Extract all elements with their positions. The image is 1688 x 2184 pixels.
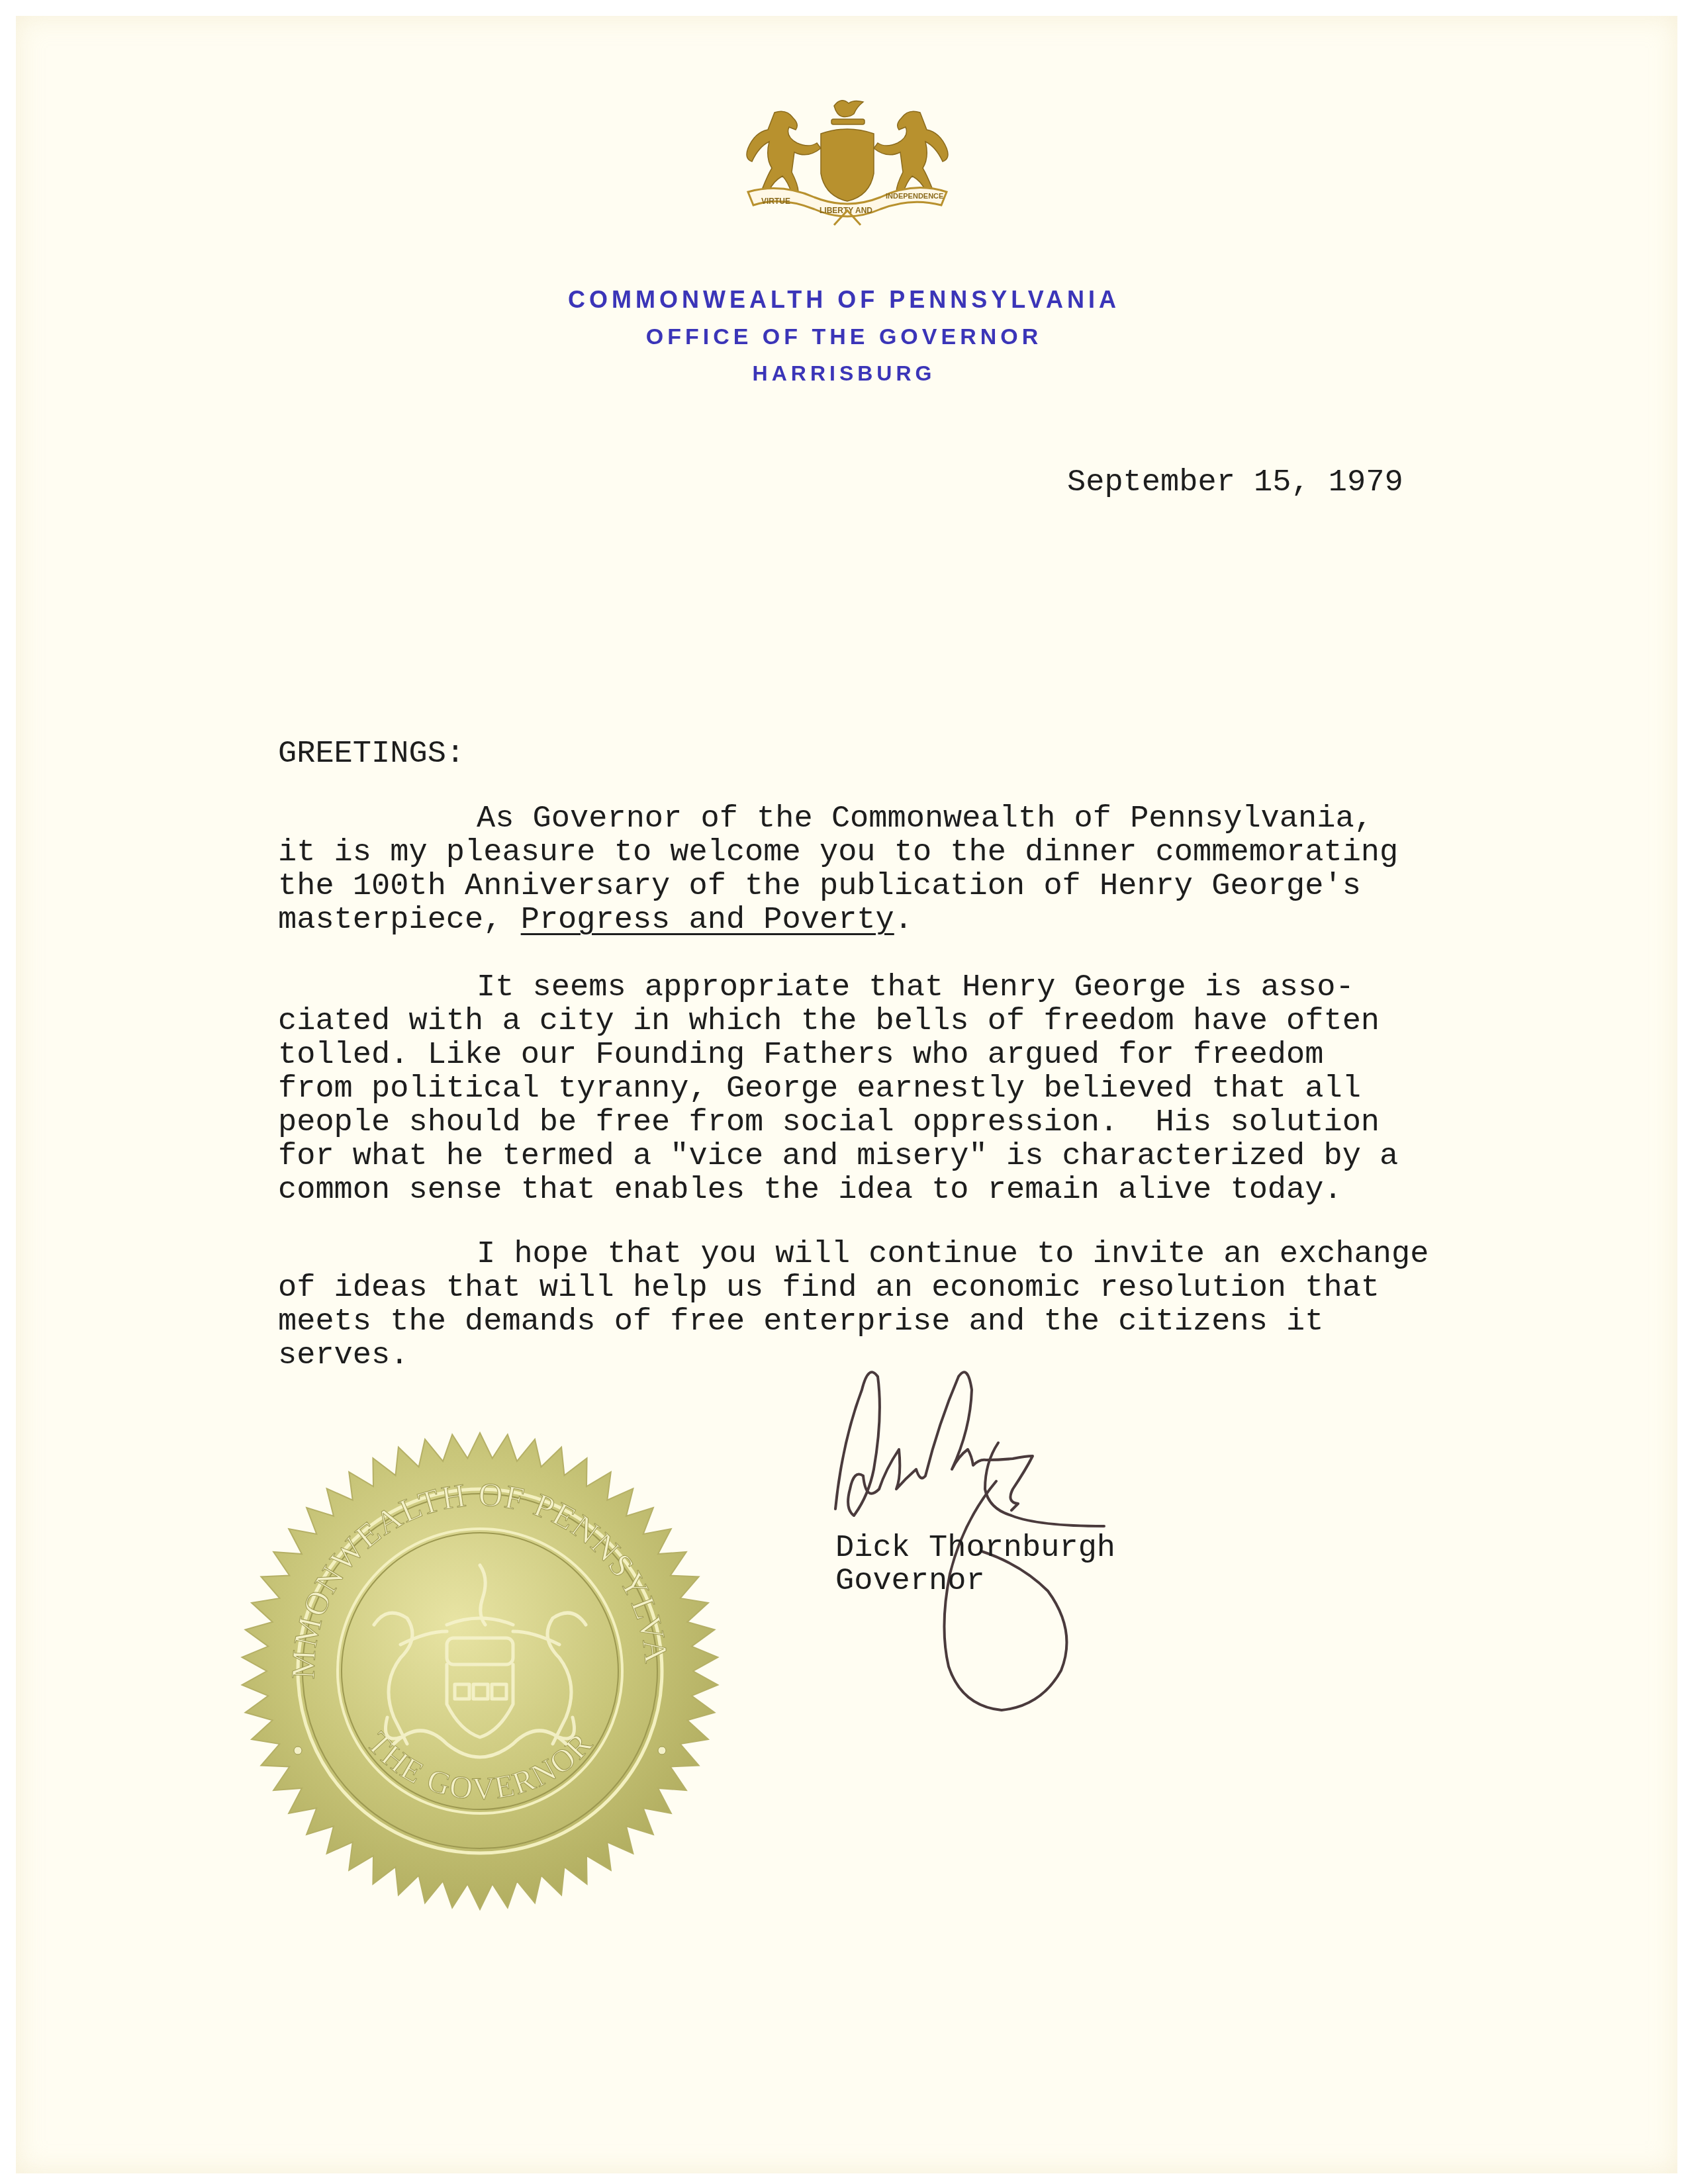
svg-text:VIRTUE: VIRTUE [761, 197, 790, 206]
governor-gold-seal-icon: COMMONWEALTH OF PENNSYLVANIA THE GOVERNO… [235, 1426, 725, 1916]
paragraph-line-text: masterpiece, [278, 903, 521, 938]
letterhead-city: HARRISBURG [0, 361, 1688, 386]
paragraph-line: I hope that you will continue to invite … [278, 1238, 1429, 1271]
paragraph-line: masterpiece, Progress and Poverty. [278, 903, 1398, 937]
paragraph-line: from political tyranny, George earnestly… [278, 1072, 1398, 1106]
paragraph-3: I hope that you will continue to invite … [278, 1238, 1429, 1373]
signer-name: Dick Thornburgh [835, 1531, 1115, 1565]
paragraph-line: tolled. Like our Founding Fathers who ar… [278, 1038, 1398, 1072]
paragraph-line: people should be free from social oppres… [278, 1106, 1398, 1140]
paragraph-line: ciated with a city in which the bells of… [278, 1005, 1398, 1038]
pennsylvania-coat-of-arms-icon: VIRTUE LIBERTY AND INDEPENDENCE [735, 93, 960, 245]
paragraph-line: of ideas that will help us find an econo… [278, 1271, 1429, 1305]
paragraph-2: It seems appropriate that Henry George i… [278, 971, 1398, 1207]
letterhead-office: OFFICE OF THE GOVERNOR [0, 324, 1688, 350]
signer-title: Governor [835, 1565, 985, 1598]
svg-text:INDEPENDENCE: INDEPENDENCE [886, 193, 943, 201]
paragraph-line: It seems appropriate that Henry George i… [278, 971, 1398, 1005]
book-title-suffix: . [894, 903, 913, 938]
paragraph-line: As Governor of the Commonwealth of Penns… [278, 802, 1398, 836]
letter-date: September 15, 1979 [1067, 466, 1403, 500]
salutation: GREETINGS: [278, 737, 465, 771]
paragraph-line: it is my pleasure to welcome you to the … [278, 836, 1398, 870]
paragraph-line: meets the demands of free enterprise and… [278, 1305, 1429, 1339]
paragraph-line: for what he termed a "vice and misery" i… [278, 1140, 1398, 1173]
paragraph-line: common sense that enables the idea to re… [278, 1173, 1398, 1207]
paragraph-line: the 100th Anniversary of the publication… [278, 870, 1398, 903]
book-title: Progress and Poverty [521, 903, 894, 938]
letterhead-commonwealth: COMMONWEALTH OF PENNSYLVANIA [0, 286, 1688, 314]
paragraph-1: As Governor of the Commonwealth of Penns… [278, 802, 1398, 937]
